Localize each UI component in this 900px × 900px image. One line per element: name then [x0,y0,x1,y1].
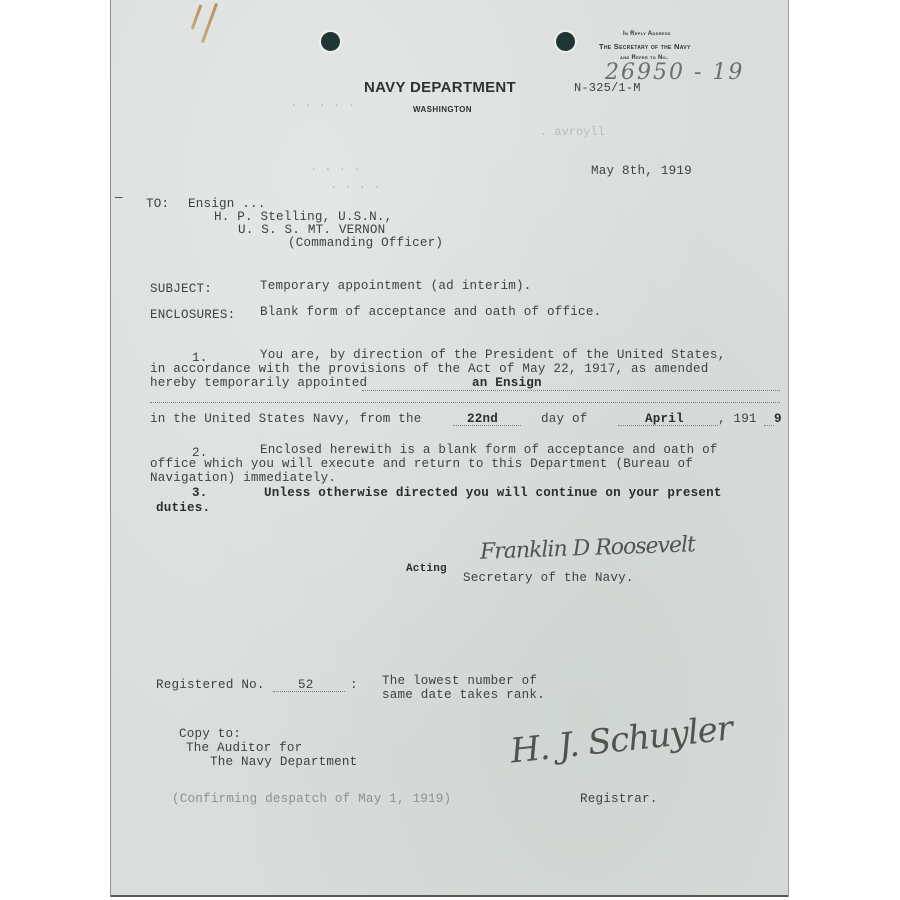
letterhead-city: WASHINGTON [413,105,472,114]
subject-label: SUBJECT: [150,282,212,296]
appointment-day: 22nd [467,412,498,426]
letterhead-title: NAVY DEPARTMENT [364,79,516,96]
appointment-rank-fill-line [362,390,780,391]
confirming-despatch-note: (Confirming despatch of May 1, 1919) [172,792,451,806]
paragraph-1-line2: in accordance with the provisions of the… [150,362,709,376]
paragraph-2-line3: Navigation) immediately. [150,471,336,485]
appointment-continuation-line [150,402,780,403]
paragraph-3-line2: duties. [156,501,210,515]
paragraph-2-line2: office which you will execute and return… [150,457,693,471]
paragraph-1-line4-prefix: in the United States Navy, from the [150,412,422,426]
registered-number: 52 [298,678,314,692]
registrar-title: Registrar. [580,792,658,806]
year-prefix: , 191 [718,412,757,426]
registered-colon: : [350,678,358,692]
ghost-bleed-text: . . . . [310,160,360,174]
punch-hole [321,32,340,51]
acting-label: Acting [406,563,447,575]
copy-to-label: Copy to: [179,727,241,741]
ghost-bleed-text: . . . . . [290,96,355,110]
paragraph-3-number: 3. [192,486,208,500]
registered-no-label: Registered No. [156,678,265,692]
registration-note-line1: The lowest number of [382,674,537,688]
copy-to-line2: The Navy Department [210,755,357,769]
enclosures-value: Blank form of acceptance and oath of off… [260,305,601,319]
subject-value: Temporary appointment (ad interim). [260,279,532,293]
secretary-title: Secretary of the Navy. [463,571,634,585]
paragraph-1-line1: You are, by direction of the President o… [260,348,725,362]
punch-hole [556,32,575,51]
appointment-month: April [645,412,684,426]
registrar-signature: H. J. Schuyler [509,708,734,771]
secretary-signature: Franklin D Roosevelt [480,532,696,564]
reply-address-line1: In Reply Address [623,31,671,37]
ghost-bleed-text: . . . . [330,178,380,192]
ghost-bleed-text: . avroyll [540,125,605,139]
paragraph-2-line1: Enclosed herewith is a blank form of acc… [260,443,718,457]
addressee-line3: U. S. S. MT. VERNON [238,223,385,237]
day-of-label: day of [541,412,588,426]
paragraph-3-line1: Unless otherwise directed you will conti… [264,486,722,500]
copy-to-line1: The Auditor for [186,741,302,755]
letter-paper: . . . . . . avroyll . . . . . . . . NAVY… [110,0,789,897]
to-label: TO: [146,197,169,211]
addressee-line1: Ensign ... [188,197,266,211]
appointment-rank: an Ensign [472,376,542,390]
letter-date: May 8th, 1919 [591,164,692,178]
registration-note-line2: same date takes rank. [382,688,545,702]
paragraph-1-line3-prefix: hereby temporarily appointed [150,376,367,390]
rust-stain [201,3,218,43]
enclosures-label: ENCLOSURES: [150,308,235,322]
margin-dash: — [115,191,123,205]
addressee-line2: H. P. Stelling, U.S.N., [214,210,392,224]
year-fill-line [764,425,774,426]
rust-stain [191,4,203,29]
file-number-handwritten: 26950 - 19 [605,60,744,85]
appointment-year-digit: 9 [774,412,782,426]
addressee-line4: (Commanding Officer) [288,236,443,250]
reply-address-line2: The Secretary of the Navy [599,42,691,51]
